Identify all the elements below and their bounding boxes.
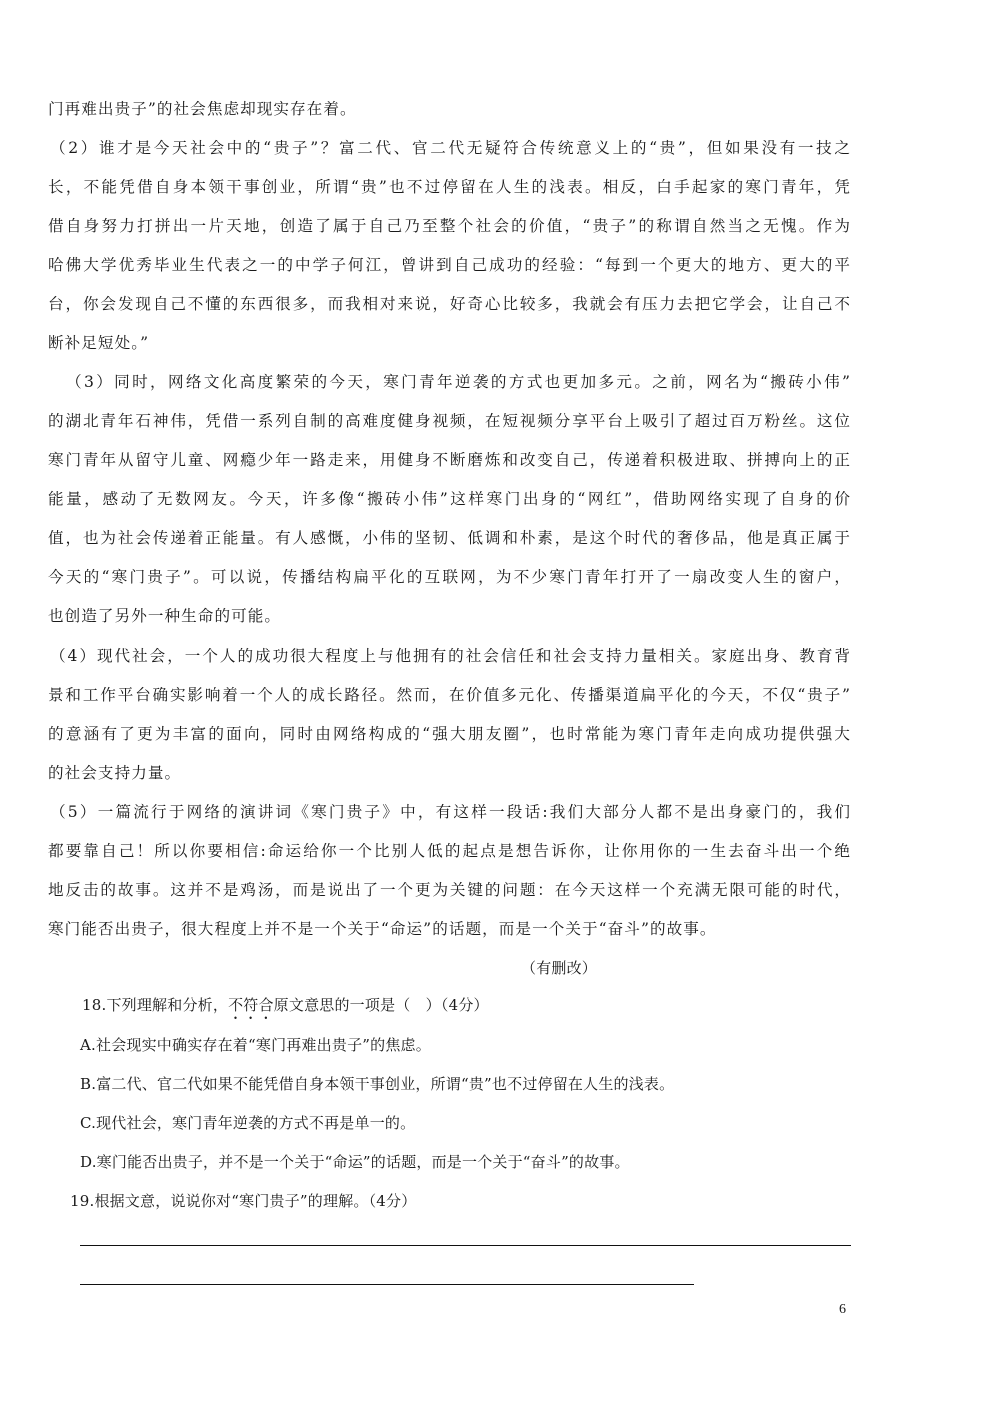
paragraph-1-line: 门再难出贵子”的社会焦虑却现实存在着。: [48, 99, 357, 119]
option-d: D.寒门能否出贵子，并不是一个关于“命运”的话题，而是一个关于“奋斗”的故事。: [80, 1152, 630, 1172]
paragraph-line: （2）谁才是今天社会中的“贵子”？富二代、官二代无疑符合传统意义上的“贵”，但如…: [50, 138, 850, 158]
paragraph-line: 断补足短处。”: [48, 333, 149, 353]
paragraph-line: 的湖北青年石神伟，凭借一系列自制的高难度健身视频，在短视频分享平台上吸引了超过百…: [48, 411, 850, 431]
option-a: A.社会现实中确实存在着“寒门再难出贵子”的焦虑。: [80, 1035, 431, 1055]
paragraph-line: （4）现代社会，一个人的成功很大程度上与他拥有的社会信任和社会支持力量相关。家庭…: [50, 646, 850, 666]
paragraph-line: 都要靠自己！所以你要相信:命运给你一个比别人低的起点是想告诉你，让你用你的一生去…: [48, 841, 850, 861]
paragraph-line: 的意涵有了更为丰富的面向，同时由网络构成的“强大朋友圈”，也时常能为寒门青年走向…: [48, 724, 850, 744]
option-c: C.现代社会，寒门青年逆袭的方式不再是单一的。: [80, 1113, 415, 1133]
paragraph-line: 哈佛大学优秀毕业生代表之一的中学子何江，曾讲到自己成功的经验：“每到一个更大的地…: [48, 255, 850, 275]
paragraph-line: 的社会支持力量。: [48, 763, 181, 783]
option-b: B.富二代、官二代如果不能凭借自身本领干事创业，所谓“贵”也不过停留在人生的浅表…: [80, 1074, 674, 1094]
paragraph-line: 地反击的故事。这并不是鸡汤，而是说出了一个更为关键的问题：在今天这样一个充满无限…: [48, 880, 850, 900]
paragraph-line: 借自身努力打拼出一片天地，创造了属于自己乃至整个社会的价值，“贵子”的称谓自然当…: [48, 216, 850, 236]
source-note: （有删改）: [521, 958, 597, 978]
question-18-prompt: 18.下列理解和分析，不符合原文意思的一项是（ ）（4分）: [82, 995, 489, 1023]
question-18-suffix: 原文意思的一项是（ ）（4分）: [274, 996, 489, 1014]
paragraph-line: （3）同时，网络文化高度繁荣的今天，寒门青年逆袭的方式也更加多元。之前，网名为“…: [66, 372, 850, 392]
question-18-emphasis: 不符合: [228, 996, 274, 1014]
question-19-prompt: 19.根据文意，说说你对“寒门贵子”的理解。（4分）: [70, 1191, 416, 1211]
answer-line-1[interactable]: [80, 1245, 851, 1246]
paragraph-line: 寒门能否出贵子，很大程度上并不是一个关于“命运”的话题，而是一个关于“奋斗”的故…: [48, 919, 717, 939]
paragraph-line: 景和工作平台确实影响着一个人的成长路径。然而，在价值多元化、传播渠道扁平化的今天…: [48, 685, 850, 705]
question-18-prefix: 18.下列理解和分析，: [82, 996, 228, 1014]
paragraph-line: 台，你会发现自己不懂的东西很多，而我相对来说，好奇心比较多，我就会有压力去把它学…: [48, 294, 850, 314]
paragraph-line: （5）一篇流行于网络的演讲词《寒门贵子》中，有这样一段话:我们大部分人都不是出身…: [50, 802, 850, 822]
paragraph-line: 值，也为社会传递着正能量。有人感慨，小伟的坚韧、低调和朴素，是这个时代的奢侈品，…: [48, 528, 850, 548]
paragraph-line: 长，不能凭借自身本领干事创业，所谓“贵”也不过停留在人生的浅表。相反，白手起家的…: [48, 177, 850, 197]
exam-page: 门再难出贵子”的社会焦虑却现实存在着。 （2）谁才是今天社会中的“贵子”？富二代…: [0, 0, 992, 1403]
page-number: 6: [839, 1302, 846, 1318]
paragraph-line: 今天的“寒门贵子”。可以说，传播结构扁平化的互联网，为不少寒门青年打开了一扇改变…: [48, 567, 850, 587]
paragraph-line: 也创造了另外一种生命的可能。: [48, 606, 281, 626]
paragraph-line: 能量，感动了无数网友。今天，许多像“搬砖小伟”这样寒门出身的“网红”，借助网络实…: [48, 489, 850, 509]
paragraph-line: 寒门青年从留守儿童、网瘾少年一路走来，用健身不断磨炼和改变自己，传递着积极进取、…: [48, 450, 850, 470]
answer-line-2[interactable]: [80, 1284, 694, 1285]
